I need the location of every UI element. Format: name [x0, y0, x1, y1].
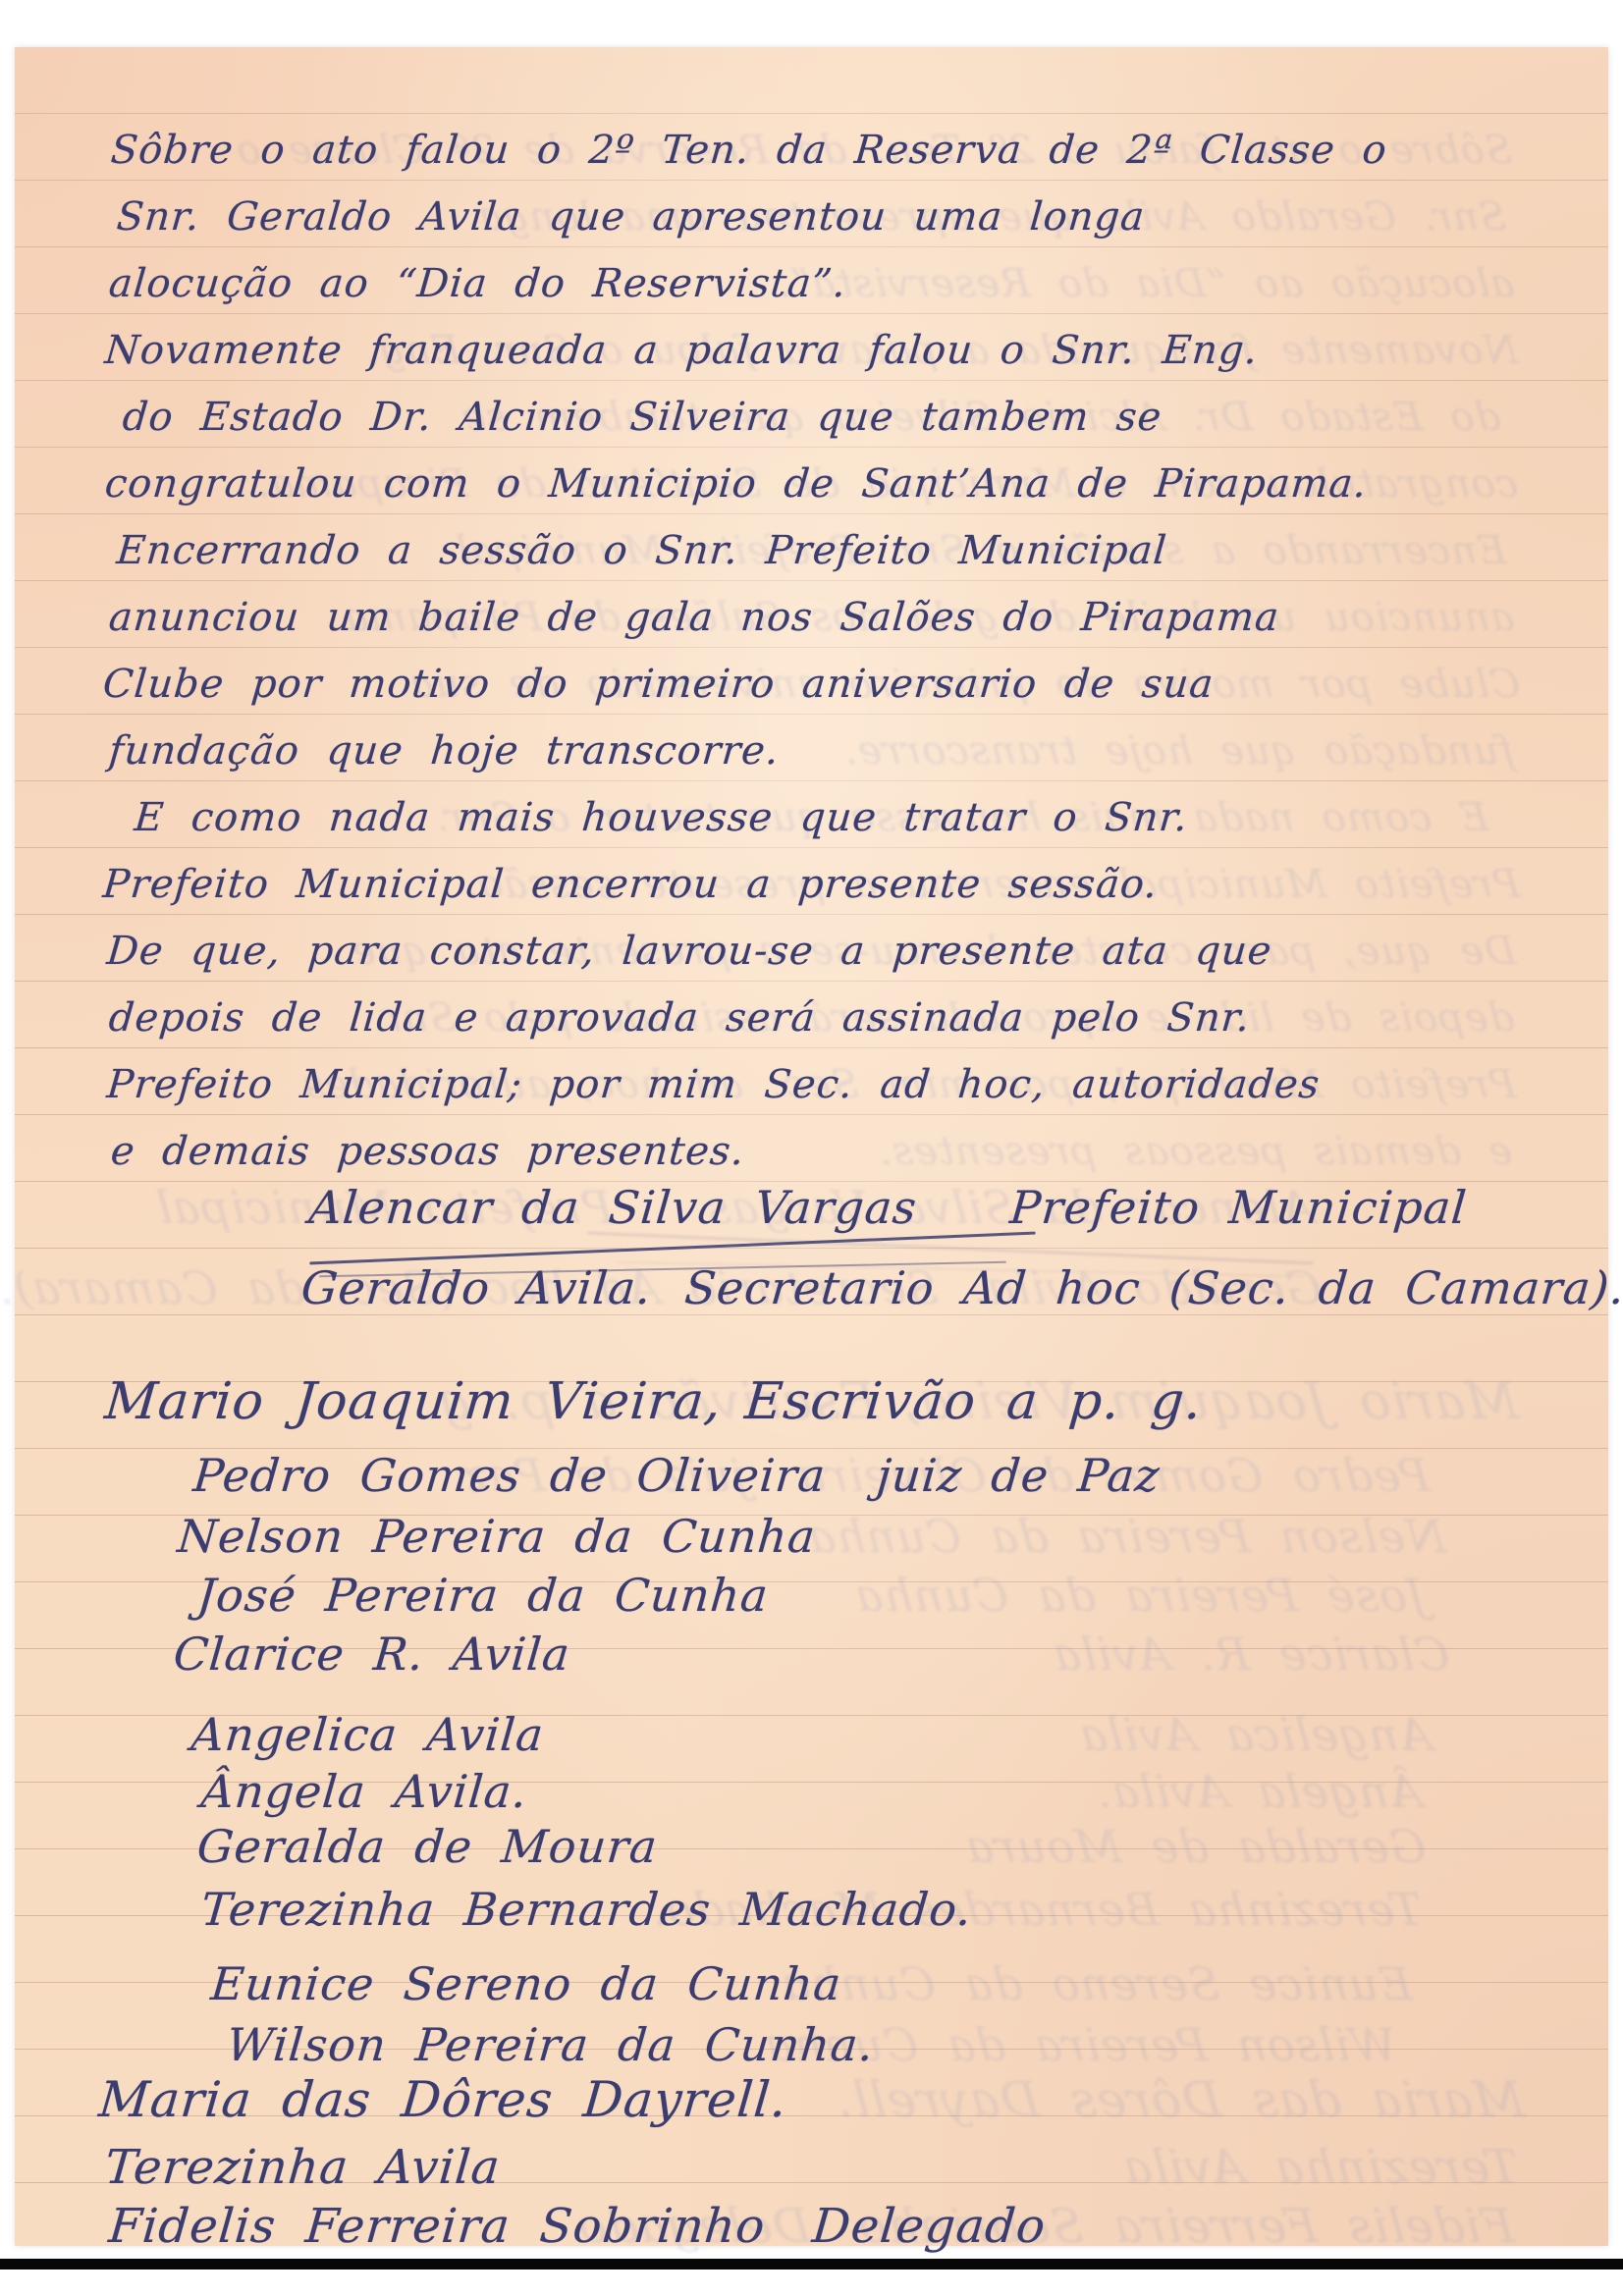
body-line: Clube por motivo do primeiro aniversario… [101, 662, 1216, 707]
signatory-name: Fidelis Ferreira Sobrinho [107, 2199, 768, 2254]
signatory-title: juiz de Paz [875, 1449, 1163, 1502]
signature-line: Terezinha Avila [103, 2140, 503, 2195]
manuscript-page: Sôbre o ato falou o 2º Ten. da Reserva d… [15, 47, 1608, 2246]
body-line: Prefeito Municipal encerrou a presente s… [101, 862, 1160, 907]
body-line: De que, para constar, lavrou-se a presen… [105, 929, 1273, 974]
ink-layer: Sôbre o ato falou o 2º Ten. da Reserva d… [15, 47, 1608, 2246]
signatory-title: Prefeito Municipal [1008, 1181, 1470, 1234]
signature-line: Fidelis Ferreira SobrinhoDelegado [107, 2199, 1049, 2254]
signatory-name: Terezinha Avila [103, 2140, 503, 2195]
body-line: Sôbre o ato falou o 2º Ten. da Reserva d… [109, 128, 1389, 173]
signatory-name: Pedro Gomes de Oliveira [191, 1449, 829, 1502]
signatory-title: Escrivão a p. g. [742, 1372, 1204, 1431]
body-line: Novamente franqueada a palavra falou o S… [103, 328, 1260, 373]
body-line: Encerrando a sessão o Snr. Prefeito Muni… [115, 528, 1168, 573]
signature-line: Ângela Avila. [199, 1765, 530, 1818]
body-line: fundação que hoje transcorre. [107, 728, 782, 774]
body-line: do Estado Dr. Alcinio Silveira que tambe… [121, 395, 1163, 440]
signatory-name: Terezinha Bernardes Machado. [199, 1883, 975, 1936]
body-line: alocução ao “Dia do Reservista”. [107, 261, 848, 306]
signature-line: Mario Joaquim Vieira,Escrivão a p. g. [102, 1372, 1204, 1431]
signature-line: Maria das Dôres Dayrell. [96, 2071, 789, 2128]
scanned-document: Sôbre o ato falou o 2º Ten. da Reserva d… [0, 0, 1623, 2296]
signature-line: Alencar da Silva VargasPrefeito Municipa… [307, 1181, 1470, 1234]
signatory-name: Clarice R. Avila [172, 1628, 572, 1681]
body-line: depois de lida e aprovada será assinada … [107, 995, 1252, 1041]
signatory-name: Ângela Avila. [199, 1765, 530, 1818]
signatory-name: Mario Joaquim Vieira, [102, 1372, 724, 1431]
signature-line: Geraldo Avila.Secretario Ad hoc (Sec. da… [299, 1261, 1623, 1314]
body-line: E como nada mais houvesse que tratar o S… [133, 795, 1190, 840]
signature-line: Terezinha Bernardes Machado. [199, 1883, 975, 1936]
signature-line: Angelica Avila [189, 1708, 547, 1761]
body-line: e demais pessoas presentes. [109, 1129, 746, 1174]
signature-line: José Pereira da Cunha [195, 1569, 771, 1622]
scan-artifact-bar [0, 2259, 1623, 2269]
signatory-name: Alencar da Silva Vargas [307, 1181, 920, 1234]
signature-line: Pedro Gomes de Oliveirajuiz de Paz [191, 1449, 1163, 1502]
body-line: anunciou um baile de gala nos Salões do … [107, 595, 1281, 640]
signature-line: Geralda de Moura [195, 1820, 660, 1873]
strike-mark [309, 1232, 1035, 1265]
signatory-name: Geralda de Moura [195, 1820, 660, 1873]
body-line: congratulou com o Municipio de Sant’Ana … [103, 461, 1369, 507]
signature-line: Eunice Sereno da Cunha [209, 1957, 844, 2010]
signatory-name: Angelica Avila [189, 1708, 547, 1761]
signatory-name: José Pereira da Cunha [195, 1569, 771, 1622]
signature-line: Nelson Pereira da Cunha [176, 1510, 819, 1563]
signatory-name: Wilson Pereira da Cunha. [225, 2018, 877, 2071]
signatory-title: Secretario Ad hoc (Sec. da Camara). [682, 1261, 1623, 1314]
signature-line: Wilson Pereira da Cunha. [225, 2018, 877, 2071]
signatory-title: Delegado [810, 2199, 1049, 2254]
signature-line: Clarice R. Avila [172, 1628, 572, 1681]
signatory-name: Maria das Dôres Dayrell. [96, 2071, 789, 2128]
signatory-name: Nelson Pereira da Cunha [176, 1510, 819, 1563]
body-line: Snr. Geraldo Avila que apresentou uma lo… [115, 194, 1147, 240]
body-line: Prefeito Municipal; por mim Sec. ad hoc,… [105, 1062, 1322, 1107]
signatory-name: Eunice Sereno da Cunha [209, 1957, 844, 2010]
